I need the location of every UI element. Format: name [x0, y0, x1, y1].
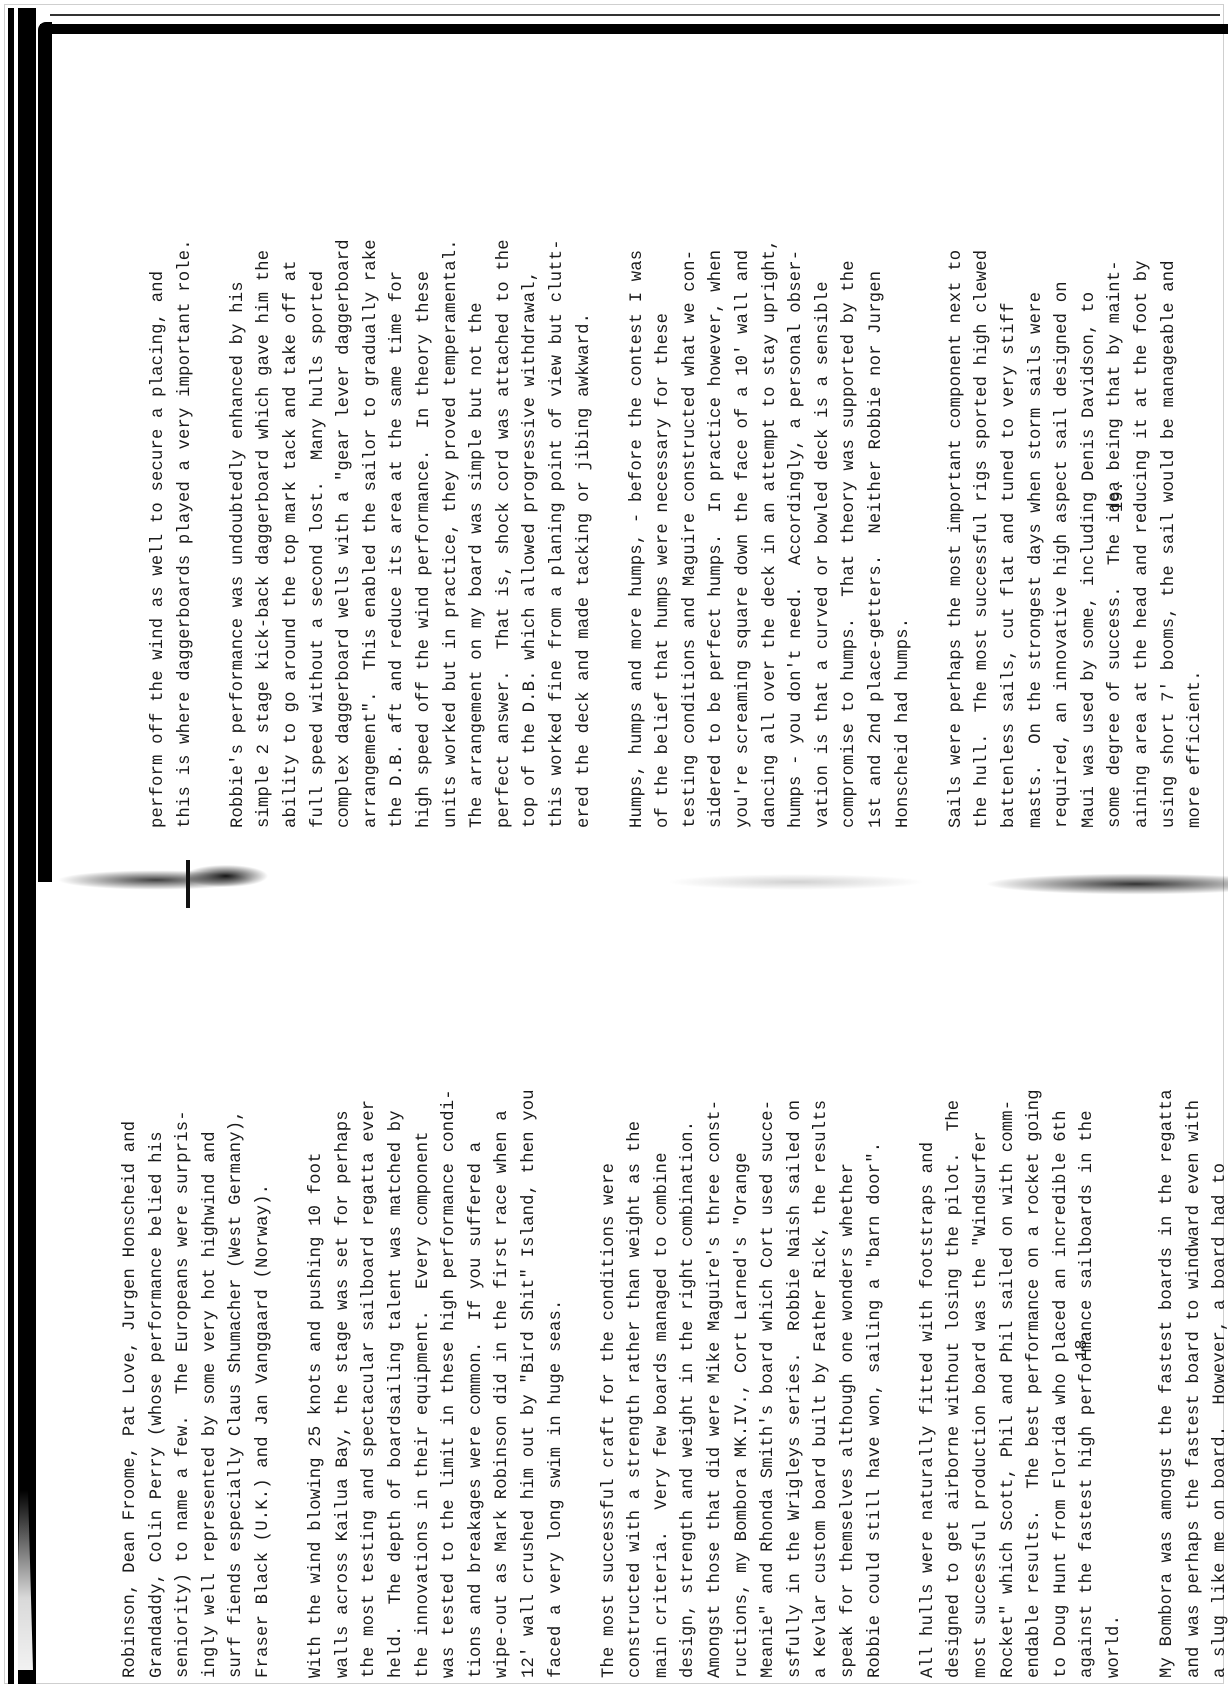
text-line: seniority) to name a few. The Europeans … [171, 882, 198, 1678]
page-number: 18. [1070, 1329, 1097, 1360]
text-line: using short 7' booms, the sail would be … [1157, 42, 1184, 828]
text-line: Robbie's performance was undoubtedly enh… [226, 42, 253, 828]
text-line: Meanie" and Rhonda Smith's board which C… [756, 882, 783, 1678]
text-line: masts. On the strongest days when storm … [1024, 42, 1051, 828]
text-line: some degree of success. The idea being t… [1103, 42, 1130, 828]
text-line: this is where daggerboards played a very… [173, 42, 200, 828]
text-line: Honscheid had humps. [891, 42, 918, 828]
text-line: complex daggerboard wells with a "gear l… [332, 42, 359, 828]
text-line: 12' wall crushed him out by "Bird Shit" … [517, 882, 544, 1678]
text-line: simple 2 stage kick-back daggerboard whi… [252, 42, 279, 828]
text-line: vation is that a curved or bowled deck i… [811, 42, 838, 828]
text-line: constructed with a strength rather than … [623, 882, 650, 1678]
text-line: The most successful craft for the condit… [597, 882, 624, 1678]
text-line: was tested to the limit in these high pe… [437, 882, 464, 1678]
page-number: 19. [1106, 481, 1133, 512]
text-line: Amongst those that did were Mike Maguire… [703, 882, 730, 1678]
text-line: the D.B. aft and reduce its area at the … [385, 42, 412, 828]
text-line: the most testing and spectacular sailboa… [357, 882, 384, 1678]
text-line: most successful production board was the… [969, 882, 996, 1678]
text-line: ingly well represented by some very hot … [198, 882, 225, 1678]
text-line: sidered to be perfect humps. In practice… [704, 42, 731, 828]
text-line: Robinson, Dean Froome, Pat Love, Jurgen … [118, 882, 145, 1678]
text-line: walls across Kailua Bay, the stage was s… [331, 882, 358, 1678]
paragraph-competitors: Robinson, Dean Froome, Pat Love, Jurgen … [118, 882, 304, 1678]
text-line: Humps, humps and more humps, - before th… [625, 42, 652, 828]
paragraph-conditions: With the wind blowing 25 knots and pushi… [304, 882, 597, 1678]
text-line: The arrangement on my board was simple b… [465, 42, 492, 828]
text-line: humps - you don't need. Accordingly, a p… [784, 42, 811, 828]
text-line: ered the deck and made tacking or jibing… [572, 42, 599, 828]
text-line: top of the D.B. which allowed progressiv… [518, 42, 545, 828]
text-line: My Bombora was amongst the fastest board… [1155, 882, 1182, 1678]
scan-top-edge-line [50, 14, 1220, 16]
text-line: ructions, my Bombora MK.IV., Cort Larned… [730, 882, 757, 1678]
paragraph-craft: The most successful craft for the condit… [597, 882, 916, 1678]
paragraph-dagger-intro: perform off the wind as well to secure a… [146, 42, 226, 828]
text-line: designed to get airborne without losing … [942, 882, 969, 1678]
paragraph-sails: Sails were perhaps the most important co… [944, 42, 1228, 828]
text-line: testing conditions and Maguire construct… [678, 42, 705, 828]
text-line: Fraser Black (U.K.) and Jan Vanggaard (N… [251, 882, 278, 1678]
paragraph-humps: Humps, humps and more humps, - before th… [625, 42, 944, 828]
text-line: main criteria. Very few boards managed t… [650, 882, 677, 1678]
text-line: and was perhaps the fastest board to win… [1182, 882, 1209, 1678]
text-line: perfect answer. That is, shock cord was … [492, 42, 519, 828]
paragraph-bombora: My Bombora was amongst the fastest board… [1155, 882, 1228, 1678]
text-line: endable results. The best performance on… [1022, 882, 1049, 1678]
text-line: ability to go around the top mark tack a… [279, 42, 306, 828]
text-line: high speed off the wind performance. In … [412, 42, 439, 828]
text-line: Robbie could still have won, sailing a "… [863, 882, 890, 1678]
text-line: of the belief that humps were necessary … [651, 42, 678, 828]
text-line: surf fiends especially Claus Shumacher (… [224, 882, 251, 1678]
text-line: 1st and 2nd place-getters. Neither Robbi… [864, 42, 891, 828]
scan-top-edge-shadow [40, 24, 1228, 34]
text-line: units worked but in practice, they prove… [439, 42, 466, 828]
text-line: ssfully in the Wrigleys series. Robbie N… [783, 882, 810, 1678]
text-line: this worked fine from a planing point of… [545, 42, 572, 828]
text-line: speak for themselves although one wonder… [836, 882, 863, 1678]
text-line: the innovations in their equipment. Ever… [411, 882, 438, 1678]
text-line: a slug like me on board. However, a boar… [1208, 882, 1228, 1678]
text-line: battenless sails, cut flat and tuned to … [997, 42, 1024, 828]
text-line: design, strength and weight in the right… [676, 882, 703, 1678]
page-18: Robinson, Dean Froome, Pat Love, Jurgen … [110, 882, 1120, 1682]
text-line: faced a very long swim in huge seas. [544, 882, 571, 1678]
text-line: you're screaming square down the face of… [731, 42, 758, 828]
text-line: Grandaddy, Colin Perry (whose performanc… [145, 882, 172, 1678]
text-line: arrangement". This enabled the sailor to… [359, 42, 386, 828]
text-line: to Doug Hunt from Florida who placed an … [1049, 882, 1076, 1678]
text-line: compromise to humps. That theory was sup… [837, 42, 864, 828]
text-line: full speed without a second lost. Many h… [306, 42, 333, 828]
page-19: perform off the wind as well to secure a… [140, 42, 1140, 842]
text-line: world. [1102, 882, 1129, 1678]
paragraph-hulls: All hulls were naturally fitted with foo… [916, 882, 1155, 1678]
scan-edge-shadow [8, 8, 36, 1684]
scan-inner-edge-shadow [38, 22, 52, 882]
text-line: With the wind blowing 25 knots and pushi… [304, 882, 331, 1678]
text-line: perform off the wind as well to secure a… [146, 42, 173, 828]
text-line: tions and breakages were common. If you … [464, 882, 491, 1678]
text-line: held. The depth of boardsailing talent w… [384, 882, 411, 1678]
text-line: a Kevlar custom board built by Father Ri… [809, 882, 836, 1678]
text-line: more efficient. [1183, 42, 1210, 828]
text-line: dancing all over the deck in an attempt … [758, 42, 785, 828]
text-line: the hull. The most successful rigs sport… [970, 42, 997, 828]
text-line: required, an innovative high aspect sail… [1050, 42, 1077, 828]
text-line: Maui was used by some, including Denis D… [1077, 42, 1104, 828]
text-line: against the fastest high performance sai… [1075, 882, 1102, 1678]
text-line: Sails were perhaps the most important co… [944, 42, 971, 828]
paragraph-daggerboards: Robbie's performance was undoubtedly enh… [226, 42, 625, 828]
text-line: Rocket" which Scott, Phil and Phil saile… [996, 882, 1023, 1678]
text-line: wipe-out as Mark Robinson did in the fir… [490, 882, 517, 1678]
text-line: All hulls were naturally fitted with foo… [916, 882, 943, 1678]
text-line: aining area at the head and reducing it … [1130, 42, 1157, 828]
